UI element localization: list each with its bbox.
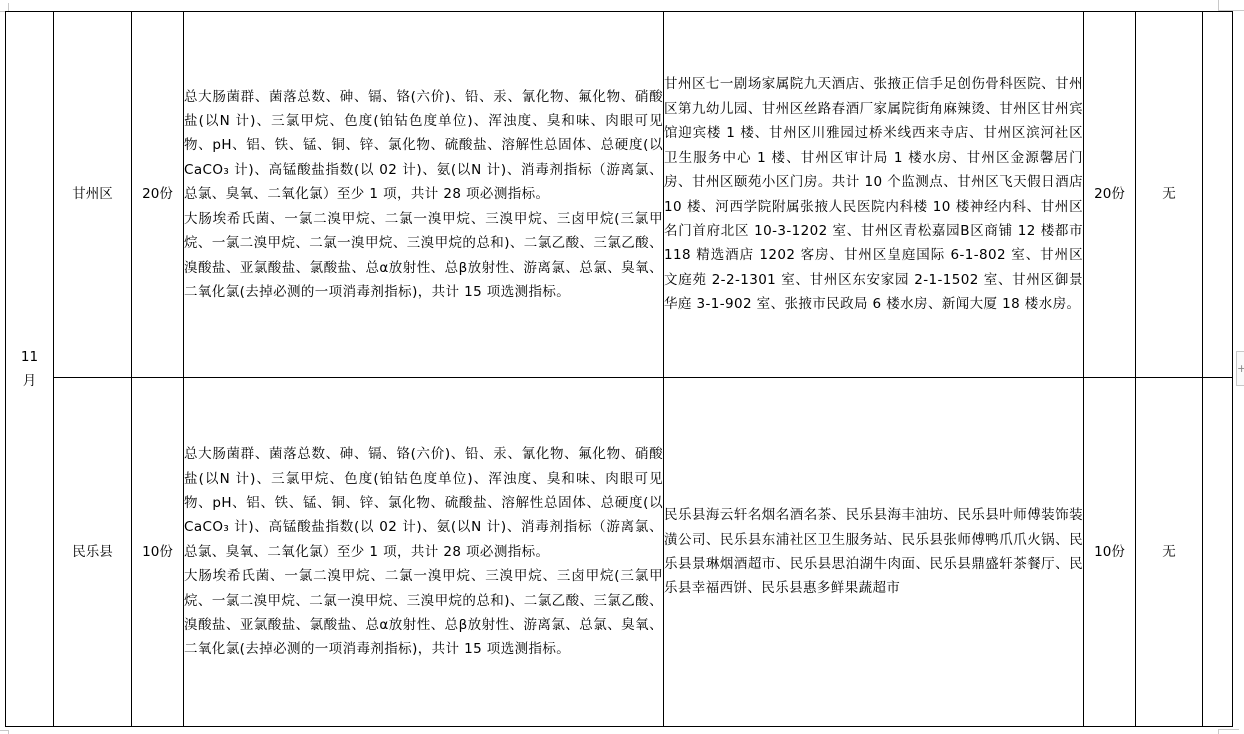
completed-count-cell[interactable]: 10份 (1084, 378, 1136, 727)
remarks-cell[interactable]: 无 (1136, 12, 1203, 378)
required-items-text: 总大肠菌群、菌落总数、砷、镉、铬(六价)、铅、汞、氰化物、氟化物、硝酸盐(以N … (184, 442, 663, 564)
page-corner-mark (0, 730, 9, 734)
page-corner-mark (1218, 729, 1239, 734)
sites-text: 甘州区七一剧场家属院九天酒店、张掖正信手足创伤骨科医院、甘州区第九幼儿园、甘州区… (664, 72, 1083, 316)
area-name: 民乐县 (72, 544, 113, 560)
test-items-cell[interactable]: 总大肠菌群、菌落总数、砷、镉、铬(六价)、铅、汞、氰化物、氟化物、硝酸盐(以N … (184, 12, 664, 378)
sites-text: 民乐县海云轩名烟名酒名茶、民乐县海丰油坊、民乐县叶师傅装饰装潢公司、民乐县东浦社… (664, 503, 1083, 601)
area-cell[interactable]: 甘州区 (54, 12, 132, 378)
remarks: 无 (1162, 544, 1176, 560)
optional-items-text: 大肠埃希氏菌、一氯二溴甲烷、二氯一溴甲烷、三溴甲烷、三卤甲烷(三氯甲烷、一氯二溴… (184, 207, 663, 305)
month-unit: 月 (6, 369, 53, 393)
completed-count: 20份 (1094, 186, 1125, 202)
table-row: 11 月 甘州区 20份 总大肠菌群、菌落总数、砷、镉、铬(六价)、铅、汞、氰化… (6, 12, 1233, 378)
optional-items-text: 大肠埃希氏菌、一氯二溴甲烷、二氯一溴甲烷、三溴甲烷、三卤甲烷(三氯甲烷、一氯二溴… (184, 564, 663, 662)
sample-count-cell[interactable]: 20份 (132, 12, 184, 378)
extra-cell[interactable] (1203, 378, 1233, 727)
table-row: 民乐县 10份 总大肠菌群、菌落总数、砷、镉、铬(六价)、铅、汞、氰化物、氟化物… (6, 378, 1233, 727)
sites-cell[interactable]: 民乐县海云轩名烟名酒名茶、民乐县海丰油坊、民乐县叶师傅装饰装潢公司、民乐县东浦社… (664, 378, 1084, 727)
test-items-cell[interactable]: 总大肠菌群、菌落总数、砷、镉、铬(六价)、铅、汞、氰化物、氟化物、硝酸盐(以N … (184, 378, 664, 727)
required-items-text: 总大肠菌群、菌落总数、砷、镉、铬(六价)、铅、汞、氰化物、氟化物、硝酸盐(以N … (184, 85, 663, 207)
remarks: 无 (1162, 186, 1176, 202)
month-number: 11 (6, 345, 53, 369)
add-row-plus-icon[interactable]: + (1236, 351, 1244, 386)
sample-count: 10份 (142, 544, 173, 560)
completed-count: 10份 (1094, 544, 1125, 560)
sample-count-cell[interactable]: 10份 (132, 378, 184, 727)
remarks-cell[interactable]: 无 (1136, 378, 1203, 727)
completed-count-cell[interactable]: 20份 (1084, 12, 1136, 378)
sites-cell[interactable]: 甘州区七一剧场家属院九天酒店、张掖正信手足创伤骨科医院、甘州区第九幼儿园、甘州区… (664, 12, 1084, 378)
sample-count: 20份 (142, 186, 173, 202)
area-cell[interactable]: 民乐县 (54, 378, 132, 727)
area-name: 甘州区 (72, 186, 113, 202)
page-corner-mark (1218, 0, 1244, 11)
monitoring-table: 11 月 甘州区 20份 总大肠菌群、菌落总数、砷、镉、铬(六价)、铅、汞、氰化… (5, 11, 1233, 727)
extra-cell[interactable] (1203, 12, 1233, 378)
month-cell[interactable]: 11 月 (6, 12, 54, 727)
